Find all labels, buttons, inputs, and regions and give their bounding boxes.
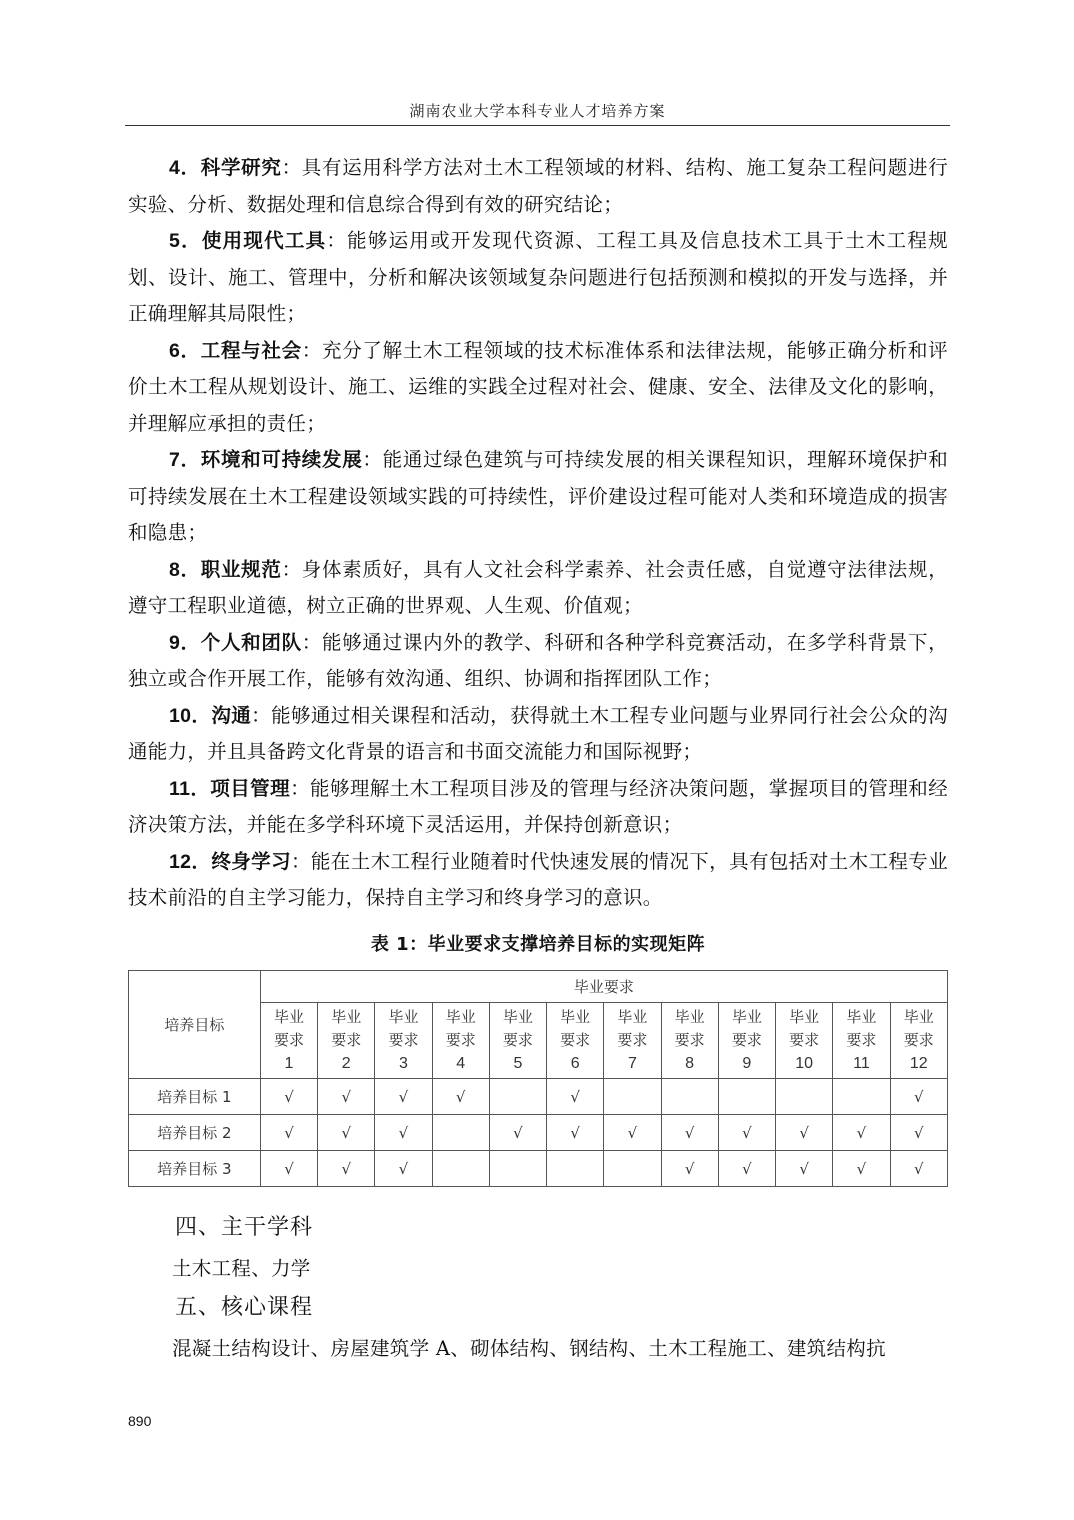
requirement-column-header: 毕业要求2	[318, 1003, 375, 1079]
item-keyword: 沟通	[211, 704, 251, 727]
header-number: 8	[662, 1052, 718, 1075]
check-cell: √	[318, 1115, 375, 1151]
header-label-line: 毕业	[318, 1006, 374, 1029]
check-cell	[604, 1079, 661, 1115]
requirement-item: 7．环境和可持续发展：能通过绿色建筑与可持续发展的相关课程知识，理解环境保护和可…	[128, 442, 948, 552]
matrix-body: 培养目标 1√√√√√√培养目标 2√√√√√√√√√√√培养目标 3√√√√√…	[129, 1079, 948, 1187]
goal-cell: 培养目标 3	[129, 1151, 261, 1187]
header-number: 1	[261, 1052, 317, 1075]
item-keyword: 终身学习	[211, 850, 291, 873]
requirement-column-header: 毕业要求7	[604, 1003, 661, 1079]
check-cell: √	[260, 1115, 317, 1151]
check-cell: √	[432, 1079, 489, 1115]
check-cell: √	[718, 1115, 775, 1151]
check-cell: √	[718, 1151, 775, 1187]
header-label-line: 要求	[662, 1029, 718, 1052]
header-label-line: 要求	[261, 1029, 317, 1052]
requirement-item: 5．使用现代工具：能够运用或开发现代资源、工程工具及信息技术工具于土木工程规划、…	[128, 223, 948, 333]
requirement-column-header: 毕业要求8	[661, 1003, 718, 1079]
header-number: 12	[891, 1052, 947, 1075]
section-heading-main-disciplines: 四、主干学科	[175, 1210, 313, 1241]
check-cell	[661, 1079, 718, 1115]
requirements-list: 4．科学研究：具有运用科学方法对土木工程领域的材料、结构、施工复杂工程问题进行实…	[128, 150, 948, 917]
item-number: 10．	[169, 705, 211, 727]
goal-column-header: 培养目标	[129, 971, 261, 1079]
header-label-line: 毕业	[662, 1006, 718, 1029]
requirement-column-header: 毕业要求4	[432, 1003, 489, 1079]
header-label-line: 毕业	[604, 1006, 660, 1029]
header-label-line: 要求	[375, 1029, 431, 1052]
check-cell: √	[661, 1151, 718, 1187]
requirement-column-header: 毕业要求6	[547, 1003, 604, 1079]
item-number: 12．	[169, 851, 211, 873]
core-courses-text: 混凝土结构设计、房屋建筑学 A、砌体结构、钢结构、土木工程施工、建筑结构抗	[172, 1333, 886, 1361]
check-cell: √	[547, 1079, 604, 1115]
requirement-item: 6．工程与社会：充分了解土木工程领域的技术标准体系和法律法规，能够正确分析和评价…	[128, 333, 948, 443]
support-matrix-table: 培养目标 毕业要求 毕业要求1毕业要求2毕业要求3毕业要求4毕业要求5毕业要求6…	[128, 970, 948, 1187]
requirement-column-header: 毕业要求10	[775, 1003, 832, 1079]
header-label-line: 毕业	[776, 1006, 832, 1029]
header-label-line: 毕业	[490, 1006, 546, 1029]
check-cell	[604, 1151, 661, 1187]
header-number: 5	[490, 1052, 546, 1075]
header-number: 10	[776, 1052, 832, 1075]
check-cell	[432, 1151, 489, 1187]
header-label-line: 毕业	[547, 1006, 603, 1029]
check-cell	[775, 1079, 832, 1115]
item-number: 9．	[169, 632, 201, 654]
header-divider	[125, 125, 950, 126]
item-keyword: 项目管理	[210, 777, 290, 800]
item-number: 8．	[169, 559, 201, 581]
check-cell: √	[375, 1115, 432, 1151]
header-label-line: 要求	[833, 1029, 889, 1052]
header-label-line: 要求	[891, 1029, 947, 1052]
check-cell: √	[890, 1151, 947, 1187]
requirement-item: 11．项目管理：能够理解土木工程项目涉及的管理与经济决策问题，掌握项目的管理和经…	[128, 771, 948, 844]
check-cell: √	[260, 1151, 317, 1187]
header-label-line: 毕业	[433, 1006, 489, 1029]
requirements-group-header: 毕业要求	[260, 971, 947, 1003]
header-label-line: 毕业	[375, 1006, 431, 1029]
header-label-line: 要求	[604, 1029, 660, 1052]
check-cell	[718, 1079, 775, 1115]
item-number: 11．	[169, 778, 210, 800]
check-cell	[547, 1151, 604, 1187]
header-number: 7	[604, 1052, 660, 1075]
item-keyword: 环境和可持续发展	[201, 448, 363, 471]
page-header-title: 湖南农业大学本科专业人才培养方案	[125, 100, 950, 121]
requirement-column-header: 毕业要求9	[718, 1003, 775, 1079]
check-cell	[432, 1115, 489, 1151]
header-number: 4	[433, 1052, 489, 1075]
table-row: 培养目标 1√√√√√√	[129, 1079, 948, 1115]
item-number: 4．	[169, 157, 201, 179]
check-cell: √	[604, 1115, 661, 1151]
header-label-line: 毕业	[891, 1006, 947, 1029]
section-heading-core-courses: 五、核心课程	[175, 1290, 313, 1321]
check-cell: √	[661, 1115, 718, 1151]
item-number: 6．	[169, 340, 201, 362]
header-number: 6	[547, 1052, 603, 1075]
header-label-line: 要求	[547, 1029, 603, 1052]
table-caption: 表 1：毕业要求支撑培养目标的实现矩阵	[128, 930, 948, 956]
table-row: 培养目标 3√√√√√√√√	[129, 1151, 948, 1187]
header-number: 2	[318, 1052, 374, 1075]
check-cell: √	[833, 1151, 890, 1187]
check-cell	[489, 1151, 546, 1187]
header-number: 3	[375, 1052, 431, 1075]
item-keyword: 职业规范	[201, 558, 282, 581]
item-text: ：能够通过相关课程和活动，获得就土木工程专业问题与业界同行社会公众的沟通能力，并…	[128, 704, 948, 764]
header-label-line: 要求	[490, 1029, 546, 1052]
header-label-line: 毕业	[719, 1006, 775, 1029]
header-label-line: 要求	[719, 1029, 775, 1052]
requirement-column-header: 毕业要求1	[260, 1003, 317, 1079]
check-cell: √	[489, 1115, 546, 1151]
check-cell: √	[375, 1079, 432, 1115]
header-label-line: 要求	[433, 1029, 489, 1052]
check-cell	[489, 1079, 546, 1115]
item-keyword: 工程与社会	[201, 339, 302, 362]
header-label-line: 要求	[776, 1029, 832, 1052]
check-cell	[833, 1079, 890, 1115]
requirement-item: 12．终身学习：能在土木工程行业随着时代快速发展的情况下，具有包括对土木工程专业…	[128, 844, 948, 917]
requirement-item: 10．沟通：能够通过相关课程和活动，获得就土木工程专业问题与业界同行社会公众的沟…	[128, 698, 948, 771]
page-number: 890	[128, 1413, 151, 1429]
check-cell: √	[775, 1151, 832, 1187]
check-cell: √	[890, 1079, 947, 1115]
check-cell: √	[260, 1079, 317, 1115]
check-cell: √	[890, 1115, 947, 1151]
check-cell: √	[318, 1079, 375, 1115]
goal-cell: 培养目标 1	[129, 1079, 261, 1115]
goal-cell: 培养目标 2	[129, 1115, 261, 1151]
requirement-column-header: 毕业要求12	[890, 1003, 947, 1079]
requirement-column-header: 毕业要求5	[489, 1003, 546, 1079]
header-number: 9	[719, 1052, 775, 1075]
check-cell: √	[775, 1115, 832, 1151]
header-label-line: 要求	[318, 1029, 374, 1052]
requirement-item: 8．职业规范：身体素质好，具有人文社会科学素养、社会责任感，自觉遵守法律法规，遵…	[128, 552, 948, 625]
header-label-line: 毕业	[833, 1006, 889, 1029]
check-cell: √	[375, 1151, 432, 1187]
requirement-column-header: 毕业要求3	[375, 1003, 432, 1079]
header-label-line: 毕业	[261, 1006, 317, 1029]
requirement-column-header: 毕业要求11	[833, 1003, 890, 1079]
item-number: 7．	[169, 449, 201, 471]
item-keyword: 使用现代工具	[202, 229, 327, 252]
item-keyword: 科学研究	[201, 156, 282, 179]
item-keyword: 个人和团队	[201, 631, 302, 654]
item-number: 5．	[169, 230, 202, 252]
header-number: 11	[833, 1052, 889, 1075]
table-row: 培养目标 2√√√√√√√√√√√	[129, 1115, 948, 1151]
main-disciplines-text: 土木工程、力学	[172, 1253, 311, 1281]
check-cell: √	[547, 1115, 604, 1151]
requirement-item: 4．科学研究：具有运用科学方法对土木工程领域的材料、结构、施工复杂工程问题进行实…	[128, 150, 948, 223]
requirement-item: 9．个人和团队：能够通过课内外的教学、科研和各种学科竞赛活动，在多学科背景下，独…	[128, 625, 948, 698]
check-cell: √	[833, 1115, 890, 1151]
check-cell: √	[318, 1151, 375, 1187]
